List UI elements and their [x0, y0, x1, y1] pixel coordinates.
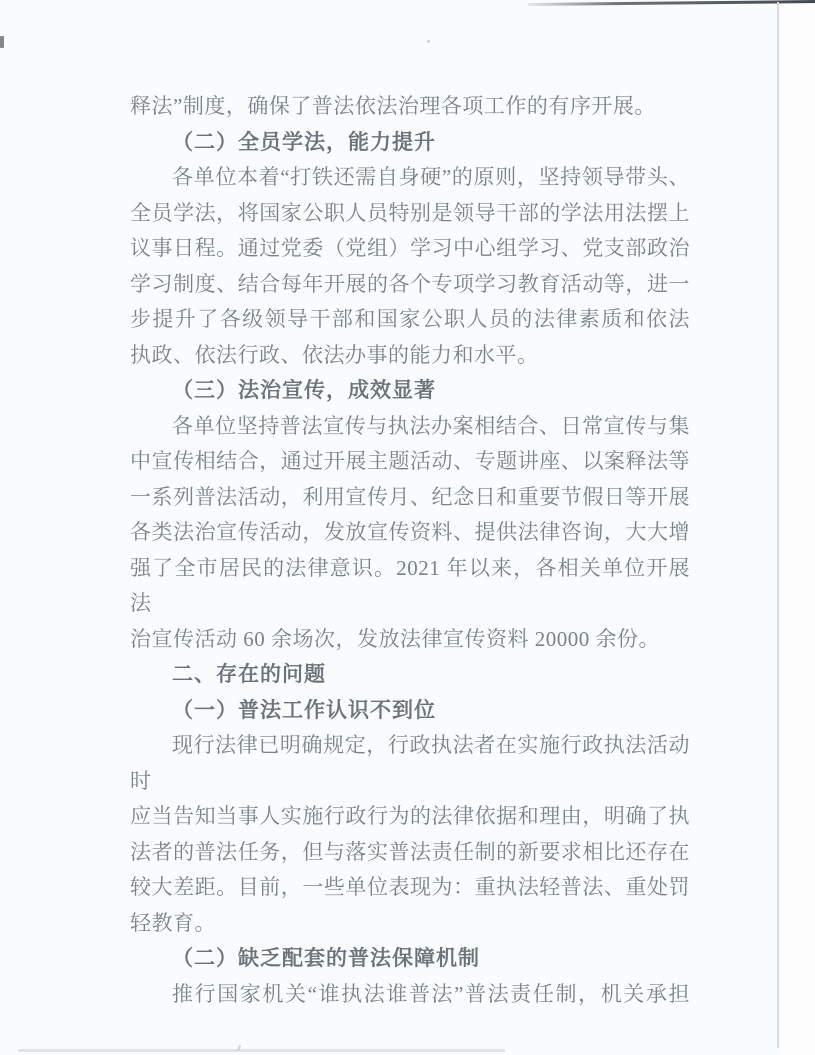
- text-line: 释法”制度，确保了普法依法治理各项工作的有序开展。: [130, 89, 690, 125]
- text-line: 推行国家机关“谁执法谁普法”普法责任制，机关承担: [130, 977, 690, 1013]
- section-heading-quanyuan-xuefa: （二）全员学法，能力提升: [130, 125, 690, 161]
- text-line: 各单位本着“打铁还需自身硬”的原则，坚持领导带头、: [130, 160, 690, 196]
- text-line: 法者的普法任务，但与落实普法责任制的新要求相比还存在: [130, 835, 690, 871]
- text-line: 治宣传活动 60 余场次，发放法律宣传资料 20000 余份。: [130, 622, 690, 658]
- page-right-edge-line: [777, 2, 779, 1048]
- text-line: 中宣传相结合，通过开展主题活动、专题讲座、以案释法等: [130, 444, 690, 480]
- text-line: 议事日程。通过党委（党组）学习中心组学习、党支部政治: [130, 231, 690, 267]
- text-line: 应当告知当事人实施行政行为的法律依据和理由，明确了执: [130, 799, 690, 835]
- text-line: 轻教育。: [130, 906, 690, 942]
- text-line: 强了全市居民的法律意识。2021 年以来，各相关单位开展法: [130, 551, 690, 622]
- text-line: 步提升了各级领导干部和国家公职人员的法律素质和依法: [130, 302, 690, 338]
- scan-left-edge-artifact: [0, 36, 4, 48]
- scanned-document-page: 释法”制度，确保了普法依法治理各项工作的有序开展。 （二）全员学法，能力提升 各…: [0, 0, 779, 1055]
- section-heading-baozhang-jizhi: （二）缺乏配套的普法保障机制: [130, 941, 690, 977]
- scan-speck-artifact: [427, 40, 430, 43]
- text-line: 执政、依法行政、依法办事的能力和水平。: [130, 338, 690, 374]
- section-heading-fazhi-xuanchuan: （三）法治宣传，成效显著: [130, 373, 690, 409]
- text-line: 各类法治宣传活动，发放宣传资料、提供法律咨询，大大增: [130, 515, 690, 551]
- text-line: 全员学法，将国家公职人员特别是领导干部的学法用法摆上: [130, 196, 690, 232]
- part-heading-cunzai-de-wenti: 二、存在的问题: [130, 657, 690, 693]
- text-line: 较大差距。目前，一些单位表现为：重执法轻普法、重处罚: [130, 870, 690, 906]
- section-heading-renshi-budaowei: （一）普法工作认识不到位: [130, 693, 690, 729]
- text-line: 一系列普法活动，利用宣传月、纪念日和重要节假日等开展: [130, 480, 690, 516]
- document-text-block: 释法”制度，确保了普法依法治理各项工作的有序开展。 （二）全员学法，能力提升 各…: [130, 89, 690, 1012]
- text-line: 各单位坚持普法宣传与执法办案相结合、日常宣传与集: [130, 409, 690, 445]
- text-line: 学习制度、结合每年开展的各个专项学习教育活动等，进一: [130, 267, 690, 303]
- scan-top-edge-artifact: [528, 0, 815, 6]
- text-line: 现行法律已明确规定，行政执法者在实施行政执法活动时: [130, 728, 690, 799]
- scan-bottom-edge-artifact: [18, 1049, 505, 1052]
